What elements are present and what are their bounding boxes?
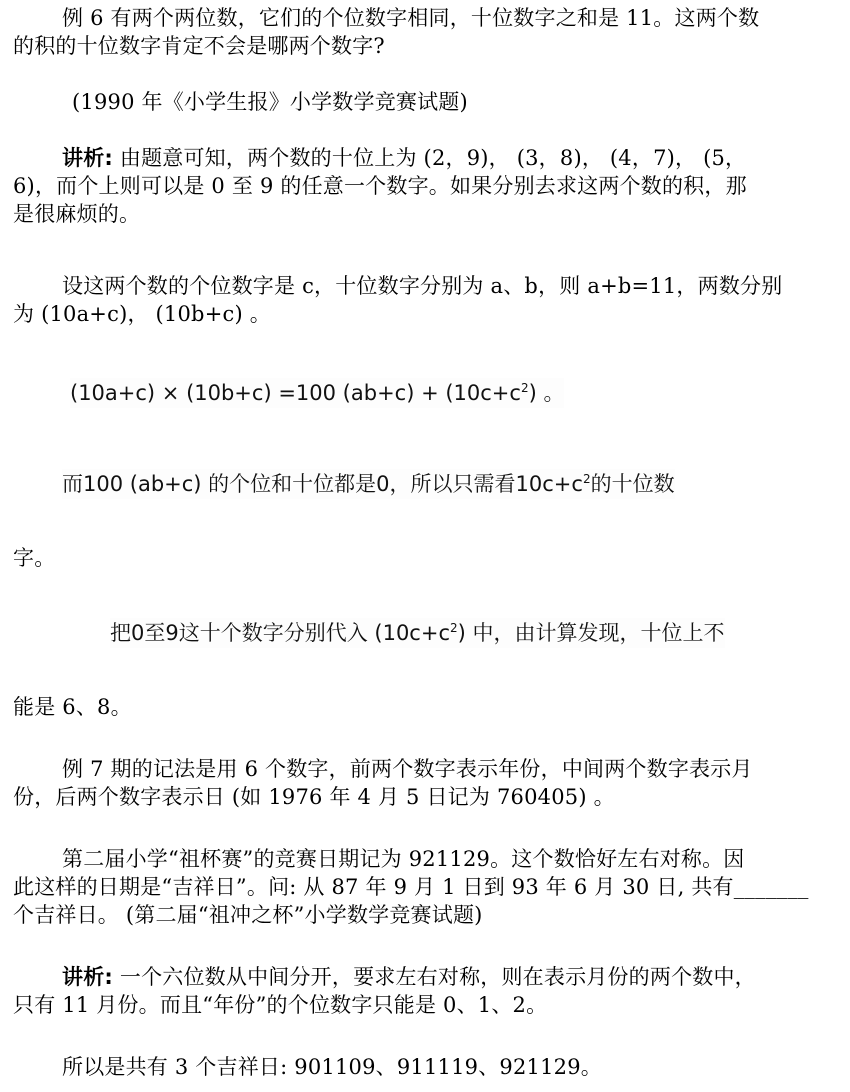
formula-continuation-2: 能是 6、8。: [13, 693, 132, 721]
formula-image-expansion: (10a+c) × (10b+c) =100 (ab+c) + (10c+c2)…: [70, 378, 564, 408]
example-6-question-line-1: 例 6 有两个两位数，它们的个位数字相同，十位数字之和是 11。这两个数: [62, 4, 759, 32]
example-7-para-2-line-3: 个吉祥日。 (第二届“祖冲之杯”小学数学竞赛试题): [13, 901, 483, 929]
formula-text-end: ) 。: [529, 381, 565, 405]
example-7-analysis-line-2: 只有 11 月份。而且“年份”的个位数字只能是 0、1、2。: [13, 991, 547, 1019]
formula-superscript: 2: [521, 381, 529, 395]
formula-superscript: 2: [450, 621, 458, 635]
formula-image-units-tens: 而100 (ab+c) 的个位和十位都是0，所以只需看10c+c2的十位数: [62, 469, 675, 499]
analysis-label: 讲析:: [62, 146, 113, 170]
example-7-analysis-line-1: 讲析: 一个六位数从中间分开，要求左右对称，则在表示月份的两个数中，: [62, 963, 756, 991]
formula-text: (10a+c) × (10b+c) =100 (ab+c) + (10c+c: [70, 381, 521, 405]
formula-image-substitution: 把0至9这十个数字分别代入 (10c+c2) 中，由计算发现，十位上不: [110, 618, 725, 648]
example-7-conclusion: 所以是共有 3 个吉祥日: 901109、911119、921129。: [62, 1053, 602, 1081]
example-6-source: (1990 年《小学生报》小学数学竞赛试题): [72, 88, 468, 116]
formula-text: 把0至9这十个数字分别代入 (10c+c: [110, 621, 450, 645]
formula-text-end: ) 中，由计算发现，十位上不: [458, 621, 725, 645]
example-7-line-2: 份，后两个数字表示日 (如 1976 年 4 月 5 日记为 760405) 。: [13, 783, 615, 811]
formula-continuation-1: 字。: [13, 544, 55, 572]
analysis-text: 一个六位数从中间分开，要求左右对称，则在表示月份的两个数中，: [113, 965, 756, 989]
formula-text-end: 的十位数: [591, 472, 675, 496]
example-6-setup-line-1: 设这两个数的个位数字是 c，十位数字分别为 a、b，则 a+b=11，两数分别: [62, 272, 782, 300]
analysis-text: 由题意可知，两个数的十位上为 (2，9)， (3，8)， (4，7)， (5，: [113, 146, 746, 170]
example-6-setup-line-2: 为 (10a+c)， (10b+c) 。: [13, 300, 271, 328]
example-6-question-line-2: 的积的十位数字肯定不会是哪两个数字?: [13, 32, 385, 60]
analysis-label: 讲析:: [62, 965, 113, 989]
example-6-analysis-line-3: 是很麻烦的。: [13, 200, 140, 228]
formula-text: 而100 (ab+c) 的个位和十位都是0，所以只需看10c+c: [62, 472, 583, 496]
example-7-para-2-line-1: 第二届小学“祖杯赛”的竞赛日期记为 921129。这个数恰好左右对称。因: [62, 845, 745, 873]
example-7-para-2-line-2: 此这样的日期是“吉祥日”。问: 从 87 年 9 月 1 日到 93 年 6 月…: [13, 873, 809, 901]
example-7-line-1: 例 7 期的记法是用 6 个数字，前两个数字表示年份，中间两个数字表示月: [62, 755, 753, 783]
example-6-analysis-line-2: 6)，而个上则可以是 0 至 9 的任意一个数字。如果分别去求这两个数的积，那: [13, 172, 747, 200]
example-6-analysis-line-1: 讲析: 由题意可知，两个数的十位上为 (2，9)， (3，8)， (4，7)， …: [62, 144, 746, 172]
formula-superscript: 2: [583, 472, 591, 486]
